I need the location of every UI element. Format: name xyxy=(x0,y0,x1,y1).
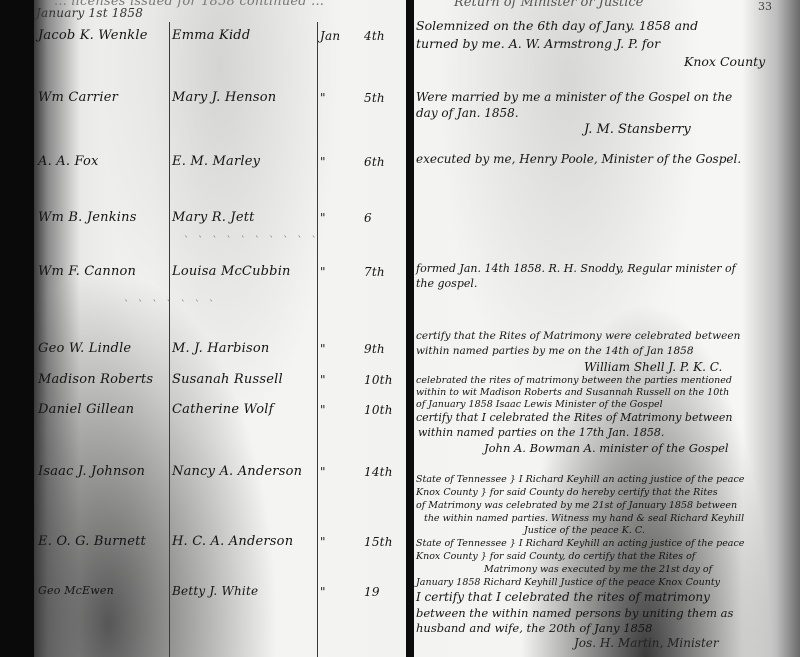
marriage-month: " xyxy=(320,91,326,105)
bleed-through-marks: ` ` ` ` ` ` ` xyxy=(124,300,217,311)
book-edge-left xyxy=(0,0,34,657)
marriage-month: " xyxy=(320,211,326,225)
return-line: the gospel. xyxy=(416,277,477,290)
bleed-through-marks: ` ` ` ` ` ` ` ` ` ` xyxy=(184,236,320,247)
page-number: 33 xyxy=(758,0,772,13)
return-signature: Knox County xyxy=(684,54,765,69)
return-line: Knox County } for said County do hereby … xyxy=(416,487,718,498)
return-signature: John A. Bowman A. minister of the Gospel xyxy=(484,441,729,455)
register-row: Geo W. Lindle M. J. Harbison " 9th xyxy=(34,339,406,361)
marriage-day: 10th xyxy=(364,373,393,387)
marriage-month: " xyxy=(320,403,326,417)
return-signature: Justice of the peace K. C. xyxy=(524,525,645,536)
marriage-day: 7th xyxy=(364,265,385,279)
groom-name: Geo W. Lindle xyxy=(38,341,131,356)
return-line: turned by me. A. W. Armstrong J. P. for xyxy=(416,36,660,51)
right-page-faint-heading: Return of Minister or Justice xyxy=(454,0,643,10)
bride-name: Louisa McCubbin xyxy=(172,264,291,279)
register-row: Madison Roberts Susanah Russell " 10th xyxy=(34,370,406,392)
return-line: Matrimony was executed by me the 21st da… xyxy=(484,564,712,575)
return-line: of Matrimony was celebrated by me 21st o… xyxy=(416,500,737,511)
marriage-day: 5th xyxy=(364,91,385,105)
return-line: Were married by me a minister of the Gos… xyxy=(416,90,732,104)
bride-name: Betty J. White xyxy=(172,584,258,598)
register-row: Jacob K. Wenkle Emma Kidd Jan 4th xyxy=(34,26,406,48)
marriage-day: 9th xyxy=(364,342,385,356)
return-line: day of Jan. 1858. xyxy=(416,106,519,120)
bride-name: Mary R. Jett xyxy=(172,210,255,225)
marriage-day: 19 xyxy=(364,585,380,599)
return-line: January 1858 Richard Keyhill Justice of … xyxy=(416,577,720,588)
return-signature: J. M. Stansberry xyxy=(584,122,691,137)
bride-name: Catherine Wolf xyxy=(172,402,274,417)
return-line: I certify that I celebrated the rites of… xyxy=(416,590,710,604)
marriage-month: " xyxy=(320,585,326,599)
return-signature: William Shell J. P. K. C. xyxy=(584,360,722,374)
groom-name: A. A. Fox xyxy=(38,154,99,169)
marriage-day: 15th xyxy=(364,535,393,549)
groom-name: Isaac J. Johnson xyxy=(38,464,145,479)
bride-name: Mary J. Henson xyxy=(172,90,276,105)
groom-name: Daniel Gillean xyxy=(38,402,134,417)
bride-name: H. C. A. Anderson xyxy=(172,534,293,549)
groom-name: Wm Carrier xyxy=(38,90,118,105)
marriage-month: " xyxy=(320,373,326,387)
marriage-month: " xyxy=(320,465,326,479)
register-row: Wm F. Cannon Louisa McCubbin " 7th xyxy=(34,262,406,284)
groom-name: Wm F. Cannon xyxy=(38,264,136,279)
return-line: Knox County } for said County, do certif… xyxy=(416,551,695,562)
groom-name: Wm B. Jenkins xyxy=(38,210,137,225)
return-signature: Jos. H. Martin, Minister xyxy=(574,636,719,650)
left-page: ... licenses issued for 1858 continued .… xyxy=(34,0,406,657)
bride-name: Emma Kidd xyxy=(172,28,250,43)
register-row: Wm B. Jenkins Mary R. Jett " 6 xyxy=(34,208,406,230)
marriage-day: 14th xyxy=(364,465,393,479)
marriage-day: 4th xyxy=(364,29,385,43)
register-row: Daniel Gillean Catherine Wolf " 10th xyxy=(34,400,406,422)
marriage-day: 6th xyxy=(364,155,385,169)
marriage-month: " xyxy=(320,155,326,169)
return-line: certify that I celebrated the Rites of M… xyxy=(416,411,732,424)
groom-name: Madison Roberts xyxy=(38,372,153,387)
marriage-day: 6 xyxy=(364,211,372,225)
return-line: celebrated the rites of matrimony betwee… xyxy=(416,375,732,386)
return-line: executed by me, Henry Poole, Minister of… xyxy=(416,152,741,166)
return-line: State of Tennessee } I Richard Keyhill a… xyxy=(416,538,744,549)
return-line: State of Tennessee } I Richard Keyhill a… xyxy=(416,474,744,485)
return-line: formed Jan. 14th 1858. R. H. Snoddy, Reg… xyxy=(416,262,736,275)
marriage-month: " xyxy=(320,342,326,356)
marriage-day: 10th xyxy=(364,403,393,417)
bride-name: Nancy A. Anderson xyxy=(172,464,302,479)
return-line: within named parties on the 17th Jan. 18… xyxy=(418,426,664,439)
register-row: E. O. G. Burnett H. C. A. Anderson " 15t… xyxy=(34,532,406,554)
register-row: A. A. Fox E. M. Marley " 6th xyxy=(34,152,406,174)
groom-name: E. O. G. Burnett xyxy=(38,534,146,549)
date-heading: January 1st 1858 xyxy=(36,6,143,20)
bride-name: M. J. Harbison xyxy=(172,341,270,356)
return-line: between the within named persons by unit… xyxy=(416,606,733,620)
register-spread: ... licenses issued for 1858 continued .… xyxy=(0,0,800,657)
bride-name: E. M. Marley xyxy=(172,154,260,169)
marriage-month: Jan xyxy=(320,29,340,43)
return-line: within to wit Madison Roberts and Susann… xyxy=(416,387,729,398)
register-row: Isaac J. Johnson Nancy A. Anderson " 14t… xyxy=(34,462,406,484)
bride-name: Susanah Russell xyxy=(172,372,283,387)
marriage-month: " xyxy=(320,265,326,279)
return-line: husband and wife, the 20th of Jany 1858 xyxy=(416,621,652,635)
book-gutter xyxy=(406,0,414,657)
return-line: Solemnized on the 6th day of Jany. 1858 … xyxy=(416,18,698,33)
marriage-month: " xyxy=(320,535,326,549)
groom-name: Jacob K. Wenkle xyxy=(38,28,148,43)
register-row: Geo McEwen Betty J. White " 19 xyxy=(34,582,406,604)
right-page: Return of Minister or Justice 33 Solemni… xyxy=(414,0,800,657)
groom-name: Geo McEwen xyxy=(38,584,114,597)
register-row: Wm Carrier Mary J. Henson " 5th xyxy=(34,88,406,110)
return-line: the within named parties. Witness my han… xyxy=(424,513,744,524)
return-line: of January 1858 Isaac Lewis Minister of … xyxy=(416,399,663,410)
return-line: certify that the Rites of Matrimony were… xyxy=(416,330,740,342)
return-line: within named parties by me on the 14th o… xyxy=(416,345,694,357)
